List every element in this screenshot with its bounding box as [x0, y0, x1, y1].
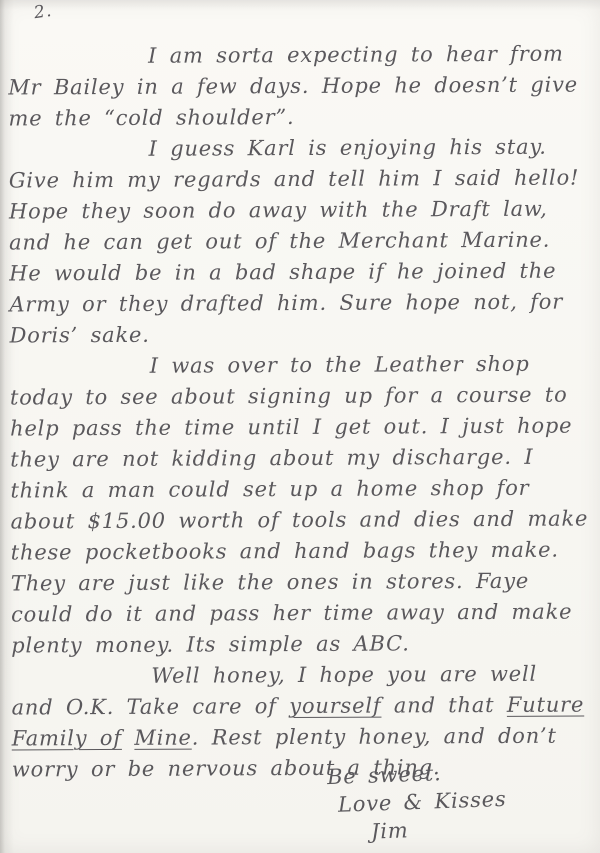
- closing-block: Be sweet. Love & Kisses Jim: [327, 757, 508, 847]
- scanned-letter-page: 2. I am sorta expecting to hear from Mr …: [0, 0, 600, 853]
- text-segment: I was over to the Leather shop today to …: [10, 352, 588, 658]
- text-segment: I am sorta expecting to hear from Mr Bai…: [8, 42, 578, 131]
- closing-affection: Love & Kisses: [338, 785, 507, 819]
- page-number: 2.: [33, 1, 54, 23]
- paragraph: I was over to the Leather shop today to …: [10, 348, 590, 661]
- text-segment: I guess Karl is enjoying his stay. Give …: [9, 135, 580, 348]
- underlined-text: yourself: [289, 694, 381, 718]
- signature: Jim: [371, 813, 508, 846]
- letter-body: I am sorta expecting to hear from Mr Bai…: [8, 38, 590, 785]
- underlined-text: Mine: [134, 726, 191, 750]
- paragraph: I am sorta expecting to hear from Mr Bai…: [8, 38, 586, 134]
- paragraph: I guess Karl is enjoying his stay. Give …: [9, 131, 588, 351]
- text-segment: and that: [381, 693, 507, 718]
- text-segment: [122, 726, 135, 750]
- underlined-text: Future: [507, 693, 584, 717]
- underlined-text: Family of: [12, 726, 122, 751]
